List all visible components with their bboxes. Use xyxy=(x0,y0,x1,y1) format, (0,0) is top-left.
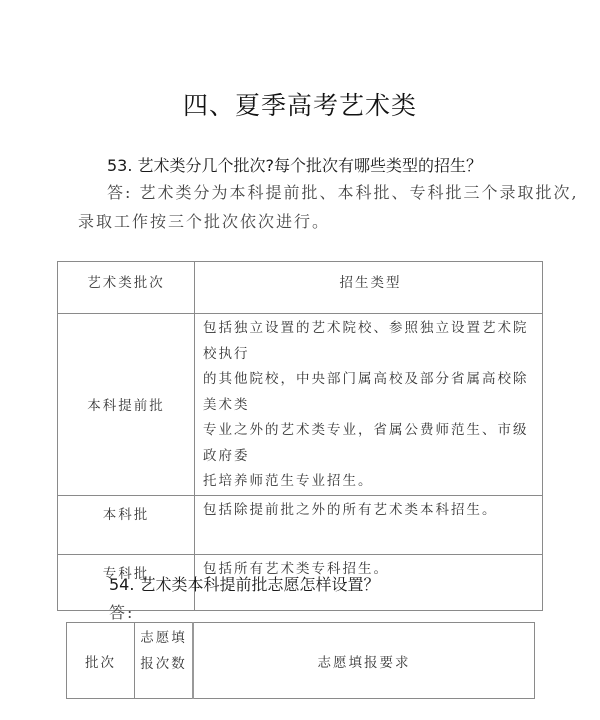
header-requirements: 志愿填报要求 xyxy=(193,623,535,699)
header-count-line-1: 志愿填 xyxy=(135,625,192,651)
answer-54-label: 答: xyxy=(109,600,134,623)
section-title: 四、夏季高考艺术类 xyxy=(0,86,600,122)
art-batch-table: 艺术类批次 招生类型 本科提前批 包括独立设置的艺术院校、参照独立设置艺术院校执… xyxy=(57,261,543,611)
batch-cell: 本科提前批 xyxy=(58,314,195,496)
table-row: 本科提前批 包括独立设置的艺术院校、参照独立设置艺术院校执行 的其他院校，中央部… xyxy=(58,314,543,496)
header-batch: 批次 xyxy=(67,623,135,699)
table-row: 本科批 包括除提前批之外的所有艺术类本科招生。 xyxy=(58,495,543,554)
question-53: 53. 艺术类分几个批次?每个批次有哪些类型的招生？ xyxy=(107,153,482,176)
table-header-row: 艺术类批次 招生类型 xyxy=(58,262,543,314)
answer-53-line-2: 录取工作按三个批次依次进行。 xyxy=(78,209,330,232)
type-line: 的其他院校，中央部门属高校及部分省属高校除美术类 xyxy=(203,367,538,418)
batch-cell: 本科批 xyxy=(58,495,195,554)
type-line: 包括独立设置的艺术院校、参照独立设置艺术院校执行 xyxy=(203,316,538,367)
header-count: 志愿填 报次数 xyxy=(135,623,194,699)
header-count-line-2: 报次数 xyxy=(135,651,192,677)
type-cell: 包括除提前批之外的所有艺术类本科招生。 xyxy=(195,495,543,554)
header-batch: 艺术类批次 xyxy=(58,262,195,314)
header-type: 招生类型 xyxy=(195,262,543,314)
table-header-row: 批次 志愿填 报次数 志愿填报要求 xyxy=(67,623,535,699)
type-cell: 包括独立设置的艺术院校、参照独立设置艺术院校执行 的其他院校，中央部门属高校及部… xyxy=(195,314,543,496)
type-line: 包括除提前批之外的所有艺术类本科招生。 xyxy=(203,498,538,524)
type-line: 专业之外的艺术类专业，省属公费师范生、市级政府委 xyxy=(203,418,538,469)
question-54: 54. 艺术类本科提前批志愿怎样设置？ xyxy=(109,572,380,595)
answer-53-line-1: 答: 艺术类分为本科提前批、本科批、专科批三个录取批次, xyxy=(107,180,579,203)
volunteer-table: 批次 志愿填 报次数 志愿填报要求 xyxy=(66,622,535,699)
type-line: 托培养师范生专业招生。 xyxy=(203,469,538,495)
